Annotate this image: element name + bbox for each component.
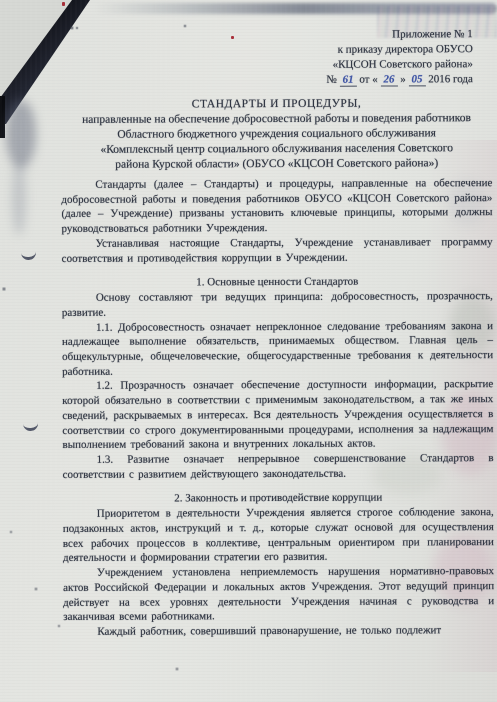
document-header-block: Приложение № 1 к приказу директора ОБУСО… bbox=[61, 27, 492, 89]
punch-hole-mark-bottom bbox=[22, 415, 38, 431]
intro-paragraph: Стандарты (далее – Стандарты) и процедур… bbox=[61, 176, 492, 237]
order-number-line: № 61 от « 26 » 05 2016 года bbox=[61, 72, 473, 89]
section-2-paragraph: Каждый работник, совершивший правонаруше… bbox=[63, 623, 494, 640]
scan-edge-strip bbox=[0, 96, 5, 138]
order-day-handwritten: 26 bbox=[380, 73, 397, 86]
order-year: 2016 года bbox=[428, 73, 473, 85]
scanned-document-page: Приложение № 1 к приказу директора ОБУСО… bbox=[0, 0, 497, 702]
from-label: от « bbox=[359, 74, 377, 86]
scan-specks bbox=[0, 0, 2, 2]
close-quote: » bbox=[400, 73, 406, 85]
section-2-paragraph: Приоритетом в деятельности Учреждения яв… bbox=[63, 505, 494, 566]
title-line: района Курской области» (ОБУСО «КЦСОН Со… bbox=[61, 156, 492, 173]
section-1-paragraph: 1.1. Добросовестность означает непреклон… bbox=[62, 319, 493, 380]
section-1-paragraph: 1.3. Развитие означает непрерывное совер… bbox=[63, 451, 494, 482]
number-label: № bbox=[326, 74, 337, 86]
intro-paragraph: Устанавливая настоящие Стандарты, Учрежд… bbox=[62, 235, 493, 266]
order-number-handwritten: 61 bbox=[340, 74, 357, 87]
scan-smudge-tail bbox=[12, 160, 26, 235]
scan-smudge-blob bbox=[6, 100, 36, 168]
document-content: Приложение № 1 к приказу директора ОБУСО… bbox=[61, 27, 495, 640]
document-title: СТАНДАРТЫ И ПРОЦЕДУРЫ, направленные на о… bbox=[61, 96, 492, 173]
section-1-paragraph: 1.2. Прозрачность означает обеспечение д… bbox=[62, 377, 493, 452]
section-2-paragraph: Учреждением установлена неприемлемость н… bbox=[63, 564, 494, 625]
punch-hole-mark-top bbox=[20, 244, 36, 260]
section-1-paragraph: Основу составляют три ведущих принципа: … bbox=[62, 289, 493, 320]
red-speck bbox=[62, 2, 65, 6]
order-month-handwritten: 05 bbox=[408, 73, 425, 86]
